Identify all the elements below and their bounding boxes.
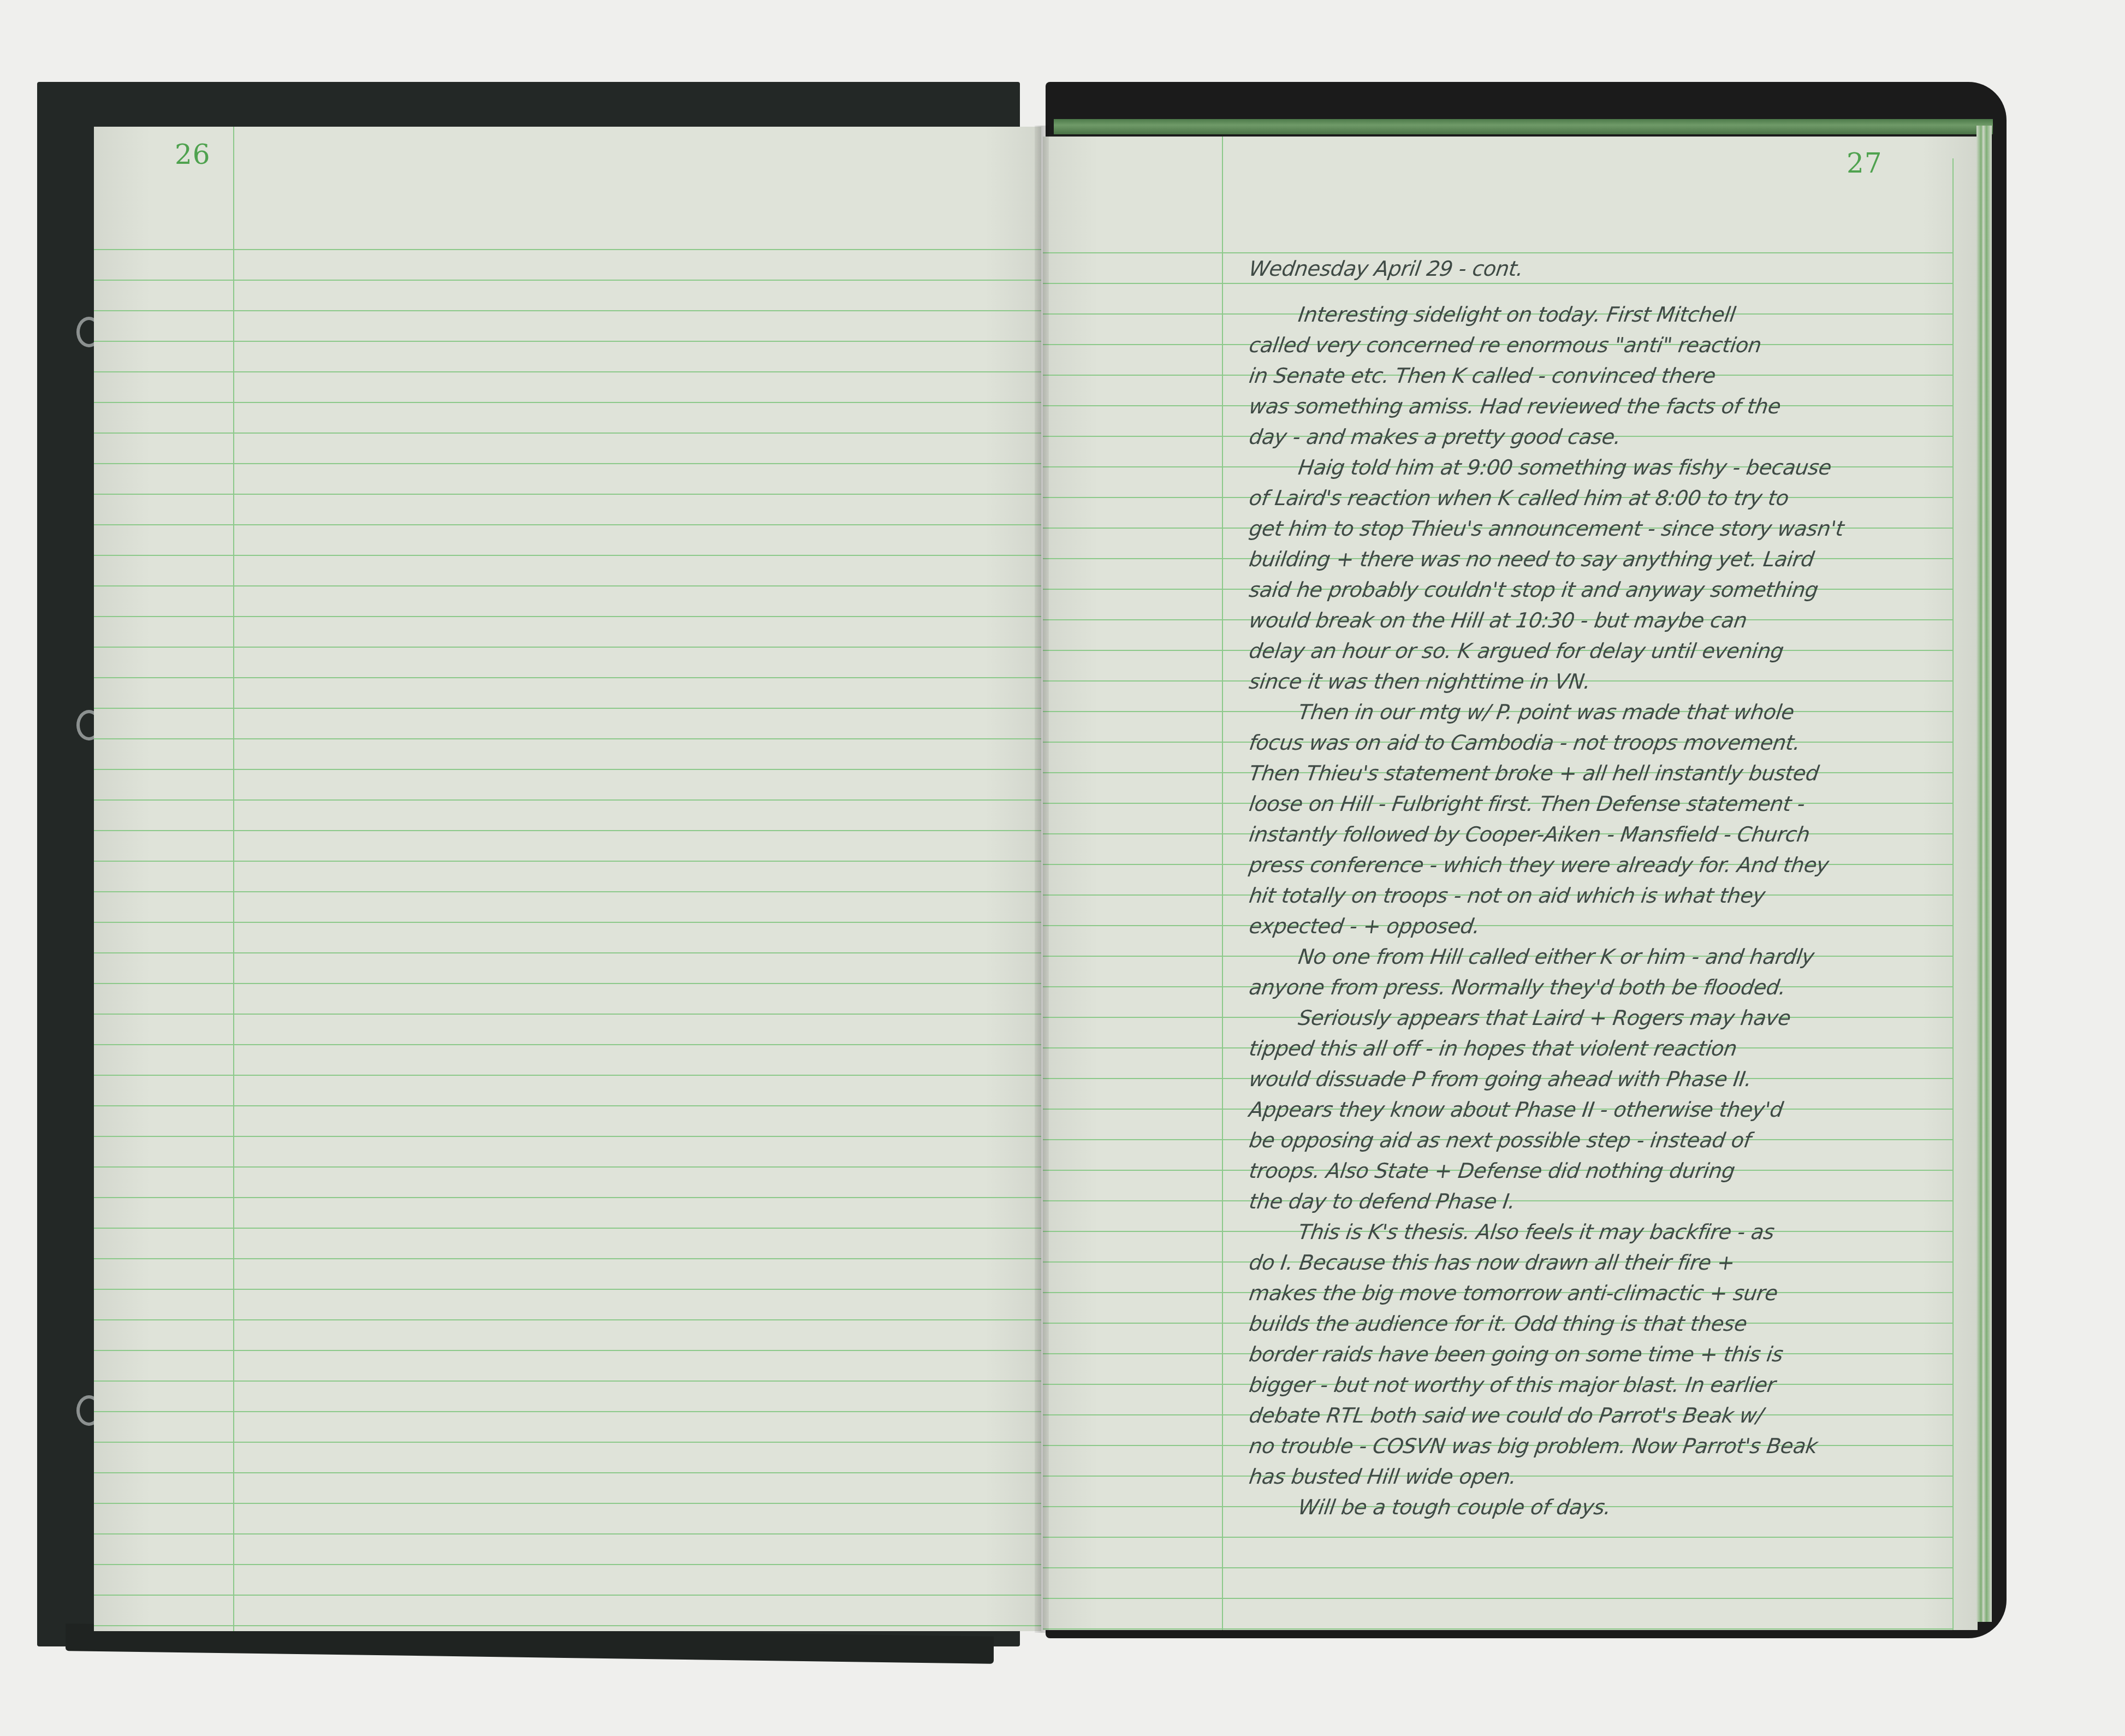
handwritten-line: troops. Also State + Defense did nothing…	[1247, 1156, 1918, 1186]
outer-margin-line	[1952, 158, 1954, 1630]
page-number: 27	[1847, 147, 1883, 179]
handwritten-line: Then Thieu's statement broke + all hell …	[1247, 758, 1918, 789]
handwritten-line: Haig told him at 9:00 something was fish…	[1247, 452, 1918, 483]
handwritten-line: no trouble - COSVN was big problem. Now …	[1247, 1431, 1918, 1461]
handwritten-line: of Laird's reaction when K called him at…	[1247, 483, 1918, 513]
handwritten-line: border raids have been going on some tim…	[1247, 1339, 1918, 1370]
page-stack-top-edge	[1054, 119, 1993, 134]
handwritten-line: Seriously appears that Laird + Rogers ma…	[1247, 1003, 1918, 1033]
page-number: 26	[175, 139, 211, 170]
handwritten-line: would break on the Hill at 10:30 - but m…	[1247, 605, 1918, 636]
handwritten-line: focus was on aid to Cambodia - not troop…	[1247, 727, 1918, 758]
handwritten-line: tipped this all off - in hopes that viol…	[1247, 1033, 1918, 1064]
margin-line	[233, 127, 234, 1631]
handwritten-line: be opposing aid as next possible step - …	[1247, 1125, 1918, 1156]
handwritten-line: building + there was no need to say anyt…	[1247, 544, 1918, 574]
handwritten-line: day - and makes a pretty good case.	[1247, 422, 1918, 452]
handwritten-line: the day to defend Phase I.	[1247, 1186, 1918, 1217]
handwritten-line: bigger - but not worthy of this major bl…	[1247, 1370, 1918, 1400]
handwritten-line: No one from Hill called either K or him …	[1247, 941, 1918, 972]
handwritten-line: since it was then nighttime in VN.	[1247, 666, 1918, 697]
handwritten-line: builds the audience for it. Odd thing is…	[1247, 1308, 1918, 1339]
handwritten-line: makes the big move tomorrow anti-climact…	[1247, 1278, 1918, 1308]
handwritten-line: would dissuade P from going ahead with P…	[1247, 1064, 1918, 1094]
handwritten-line: expected - + opposed.	[1247, 911, 1918, 941]
handwritten-line: said he probably couldn't stop it and an…	[1247, 574, 1918, 605]
handwritten-line: do I. Because this has now drawn all the…	[1247, 1247, 1918, 1278]
page-stack-side-edge	[1976, 126, 1992, 1622]
handwritten-line: Then in our mtg w/ P. point was made tha…	[1247, 697, 1918, 727]
entry-heading: Wednesday April 29 - cont.	[1245, 238, 1920, 299]
handwritten-line: in Senate etc. Then K called - convinced…	[1247, 360, 1918, 391]
spine-gutter	[1035, 126, 1049, 1633]
handwritten-line: has busted Hill wide open.	[1247, 1461, 1918, 1492]
handwritten-line: hit totally on troops - not on aid which…	[1247, 880, 1918, 911]
handwritten-line: loose on Hill - Fulbright first. Then De…	[1247, 789, 1918, 819]
margin-line	[1222, 137, 1223, 1630]
right-page: 27 Wednesday April 29 - cont. Interestin…	[1043, 137, 1978, 1630]
left-page: 26	[94, 127, 1041, 1631]
ruled-lines	[94, 220, 1041, 1631]
handwritten-line: was something amiss. Had reviewed the fa…	[1247, 391, 1918, 422]
handwritten-line: press conference - which they were alrea…	[1247, 850, 1918, 880]
handwritten-line: This is K's thesis. Also feels it may ba…	[1247, 1217, 1918, 1247]
handwritten-line: Appears they know about Phase II - other…	[1247, 1094, 1918, 1125]
handwritten-line: instantly followed by Cooper-Aiken - Man…	[1247, 819, 1918, 850]
handwritten-line: delay an hour or so. K argued for delay …	[1247, 636, 1918, 666]
diary-entry: Wednesday April 29 - cont. Interesting s…	[1249, 238, 1915, 1522]
handwritten-line: called very concerned re enormous "anti"…	[1247, 330, 1918, 360]
handwritten-line: anyone from press. Normally they'd both …	[1247, 972, 1918, 1003]
handwritten-line: debate RTL both said we could do Parrot'…	[1247, 1400, 1918, 1431]
handwritten-line: get him to stop Thieu's announcement - s…	[1247, 513, 1918, 544]
entry-lines: Interesting sidelight on today. First Mi…	[1249, 299, 1915, 1522]
handwritten-line: Will be a tough couple of days.	[1247, 1492, 1918, 1522]
handwritten-line: Interesting sidelight on today. First Mi…	[1247, 299, 1918, 330]
